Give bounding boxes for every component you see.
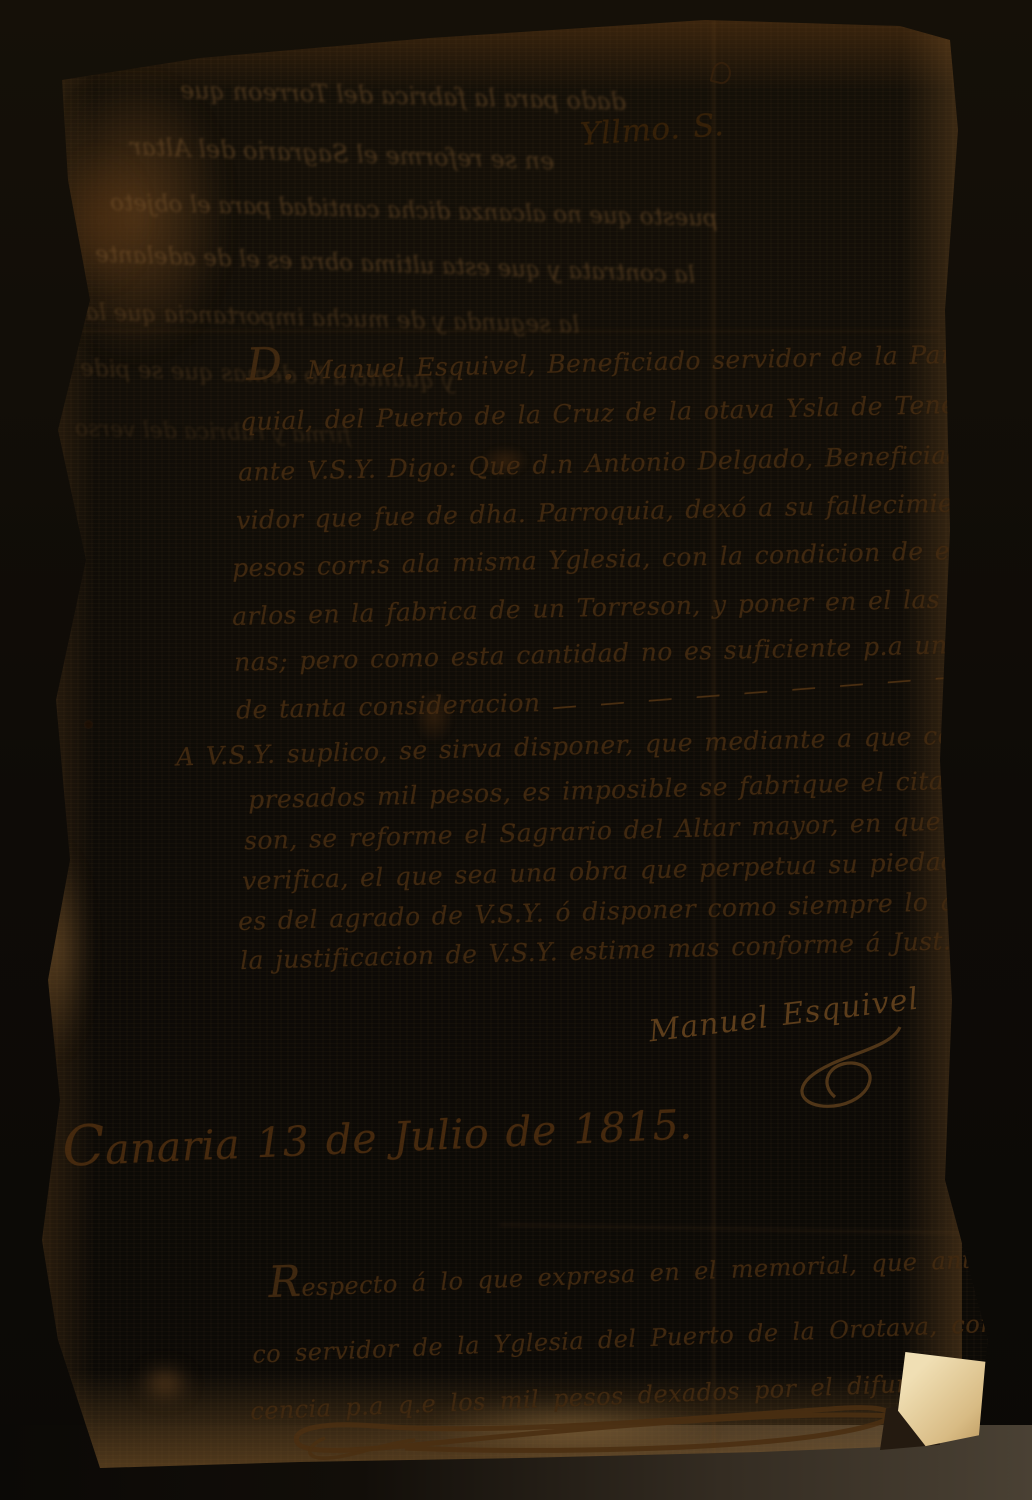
manuscript-scan: dado para la fabrica del Torreon que en … xyxy=(0,0,1032,1500)
ink-smudge xyxy=(415,690,453,742)
ink-blot xyxy=(84,720,93,729)
signature-rubric-flourish xyxy=(740,1025,930,1115)
stain xyxy=(20,840,90,1060)
paper-sheet: dado para la fabrica del Torreon que en … xyxy=(0,0,1032,1500)
stain xyxy=(140,1365,190,1401)
ink-smudge xyxy=(482,446,528,476)
stain xyxy=(55,150,145,290)
ink-blot xyxy=(28,582,44,602)
